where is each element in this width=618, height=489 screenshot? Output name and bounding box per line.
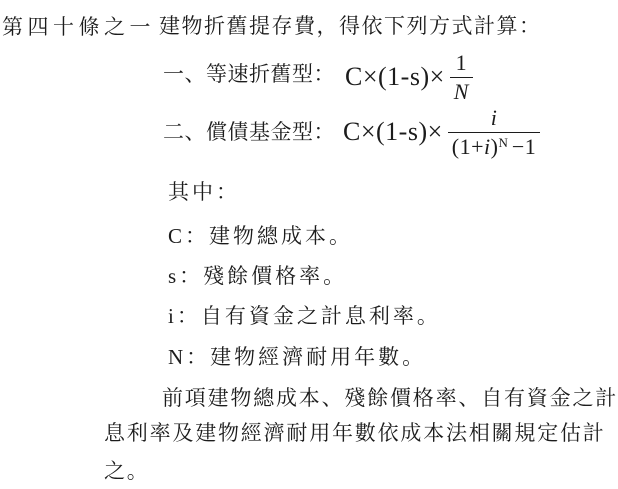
den-tail: −1 — [512, 134, 536, 159]
method-2-label: 二、償債基金型： — [163, 120, 335, 144]
formula-2-prefix: C×(1-s)× — [343, 119, 443, 145]
formula-sinking-fund: C×(1-s)× i (1+i)N−1 — [343, 106, 540, 158]
where-label: 其中： — [168, 180, 240, 204]
formula-1-fraction: 1 N — [450, 52, 473, 103]
formula-2-denominator: (1+i)N−1 — [448, 132, 541, 158]
formula-2-fraction: i (1+i)N−1 — [448, 107, 541, 158]
article-number: 第四十條之一 — [2, 15, 155, 39]
formula-1-prefix: C×(1-s)× — [345, 64, 445, 90]
closing-paragraph-line-3: 之。 — [104, 459, 150, 483]
den-open: (1+ — [452, 134, 484, 159]
definition-C: C：建物總成本。 — [168, 224, 353, 248]
definition-N: N：建物經濟耐用年數。 — [168, 345, 426, 369]
formula-2-numerator: i — [487, 107, 502, 132]
closing-paragraph-line-2: 息利率及建物經濟耐用年數依成本法相關規定估計 — [104, 421, 606, 445]
closing-paragraph-line-1: 前項建物總成本、殘餘價格率、自有資金之計 — [162, 386, 618, 410]
method-1-label: 一、等速折舊型： — [163, 62, 335, 86]
formula-1-numerator: 1 — [452, 52, 472, 77]
legal-document-page: 第四十條之一 建物折舊提存費，得依下列方式計算： 一、等速折舊型： C×(1-s… — [0, 0, 618, 489]
definition-i: i：自有資金之計息利率。 — [168, 304, 441, 328]
definition-s: s：殘餘價格率。 — [168, 264, 347, 288]
formula-1-denominator: N — [450, 77, 473, 103]
article-intro-text: 建物折舊提存費，得依下列方式計算： — [159, 14, 542, 38]
den-exponent: N — [498, 135, 507, 150]
den-var: i — [484, 134, 491, 159]
formula-uniform-depreciation: C×(1-s)× 1 N — [345, 55, 473, 99]
